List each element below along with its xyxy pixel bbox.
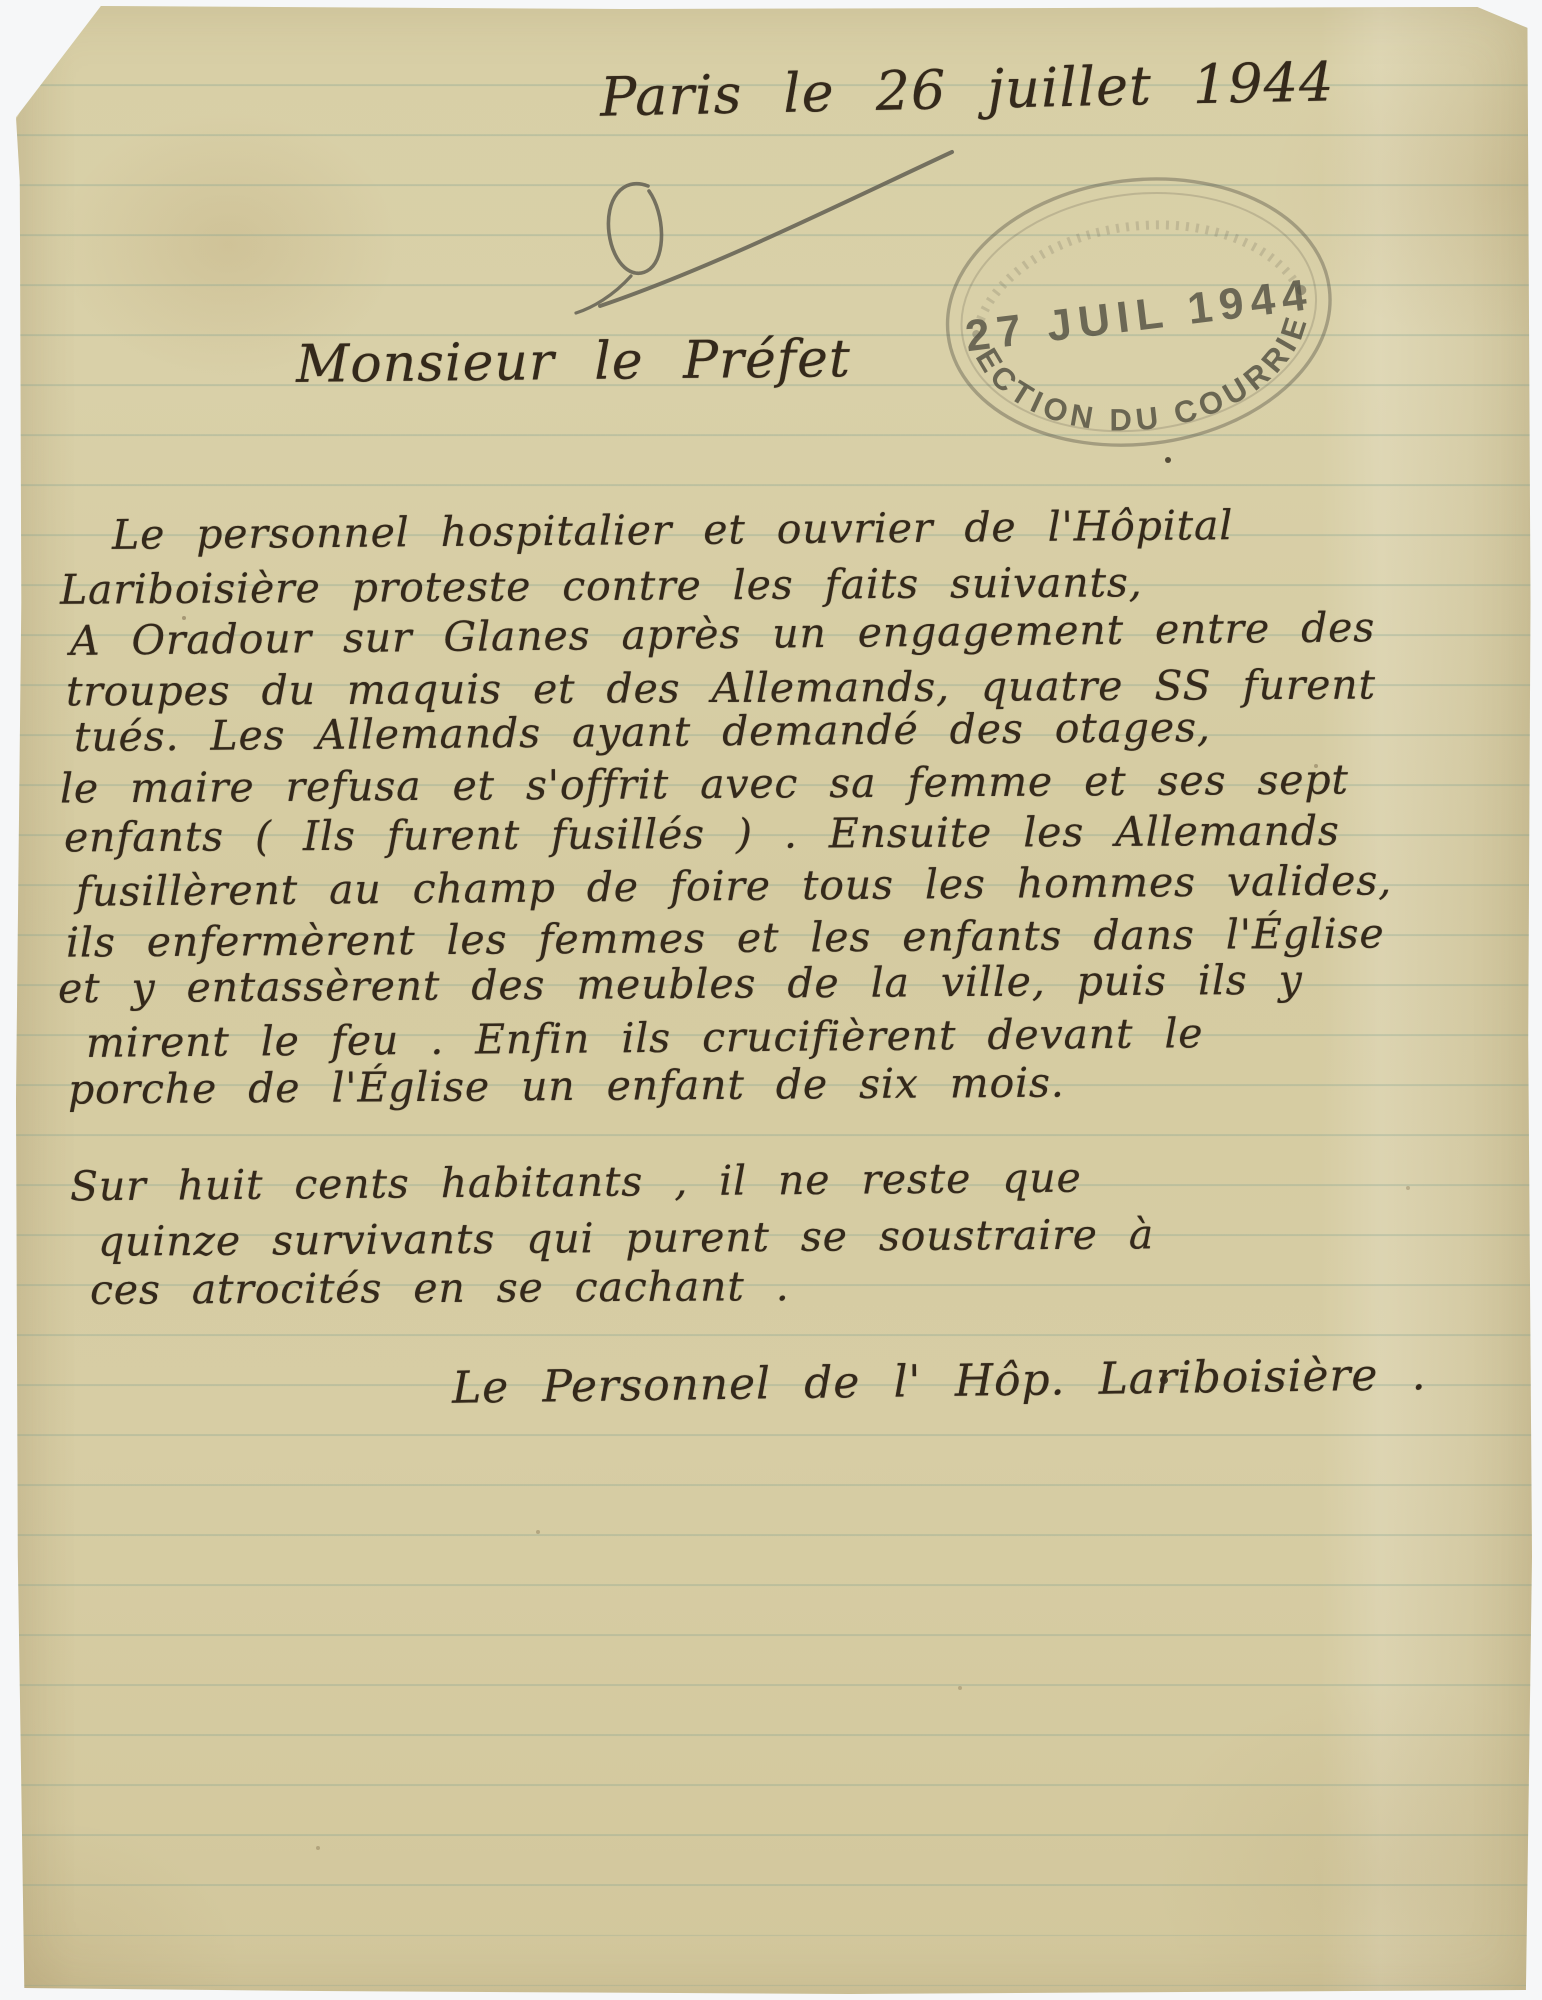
- letter-body-line: Lariboisière proteste contre les faits s…: [60, 558, 1143, 614]
- letter-body-line: ces atrocités en se cachant .: [90, 1262, 790, 1314]
- ink-specks: [16, 6, 20, 10]
- letter-body-line: et y entassèrent des meubles de la ville…: [58, 956, 1303, 1013]
- letter-body-line: Le personnel hospitalier et ouvrier de l…: [112, 501, 1234, 559]
- letter-body-line: le maire refusa et s'offrit avec sa femm…: [60, 756, 1349, 813]
- letter-body-line: Sur huit cents habitants , il ne reste q…: [70, 1154, 1082, 1211]
- letter-body-line: quinze survivants qui purent se soustrai…: [98, 1210, 1154, 1265]
- letter-body-line: enfants ( Ils furent fusillés ) . Ensuit…: [64, 807, 1340, 862]
- letter-salutation: Monsieur le Préfet: [296, 329, 851, 395]
- date-stamp: 27 JUIL 1944 SECTION DU COURRIER: [913, 148, 1366, 497]
- letter-body-line: porche de l'Église un enfant de six mois…: [68, 1059, 1065, 1114]
- letter-body-line: tués. Les Allemands ayant demandé des ot…: [74, 703, 1211, 761]
